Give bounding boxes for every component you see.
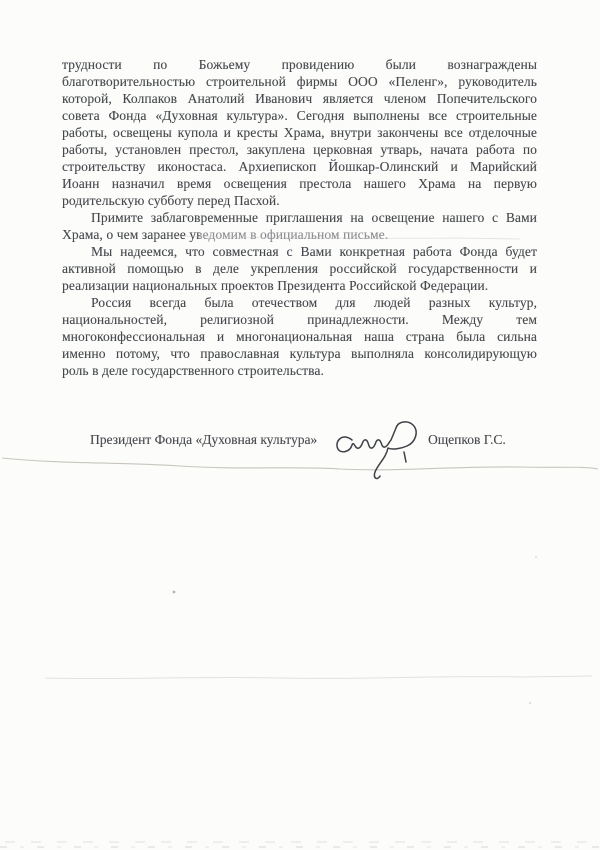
signatory-name: Ощепков Г.С. [428, 431, 506, 449]
text-line: Иоанн назначил время освещения престола … [62, 175, 537, 192]
letter-body: трудности по Божьему провидению были воз… [62, 56, 537, 379]
text-line: которой, Колпаков Анатолий Иванович явля… [62, 90, 537, 107]
text-line: трудности по Божьему провидению были воз… [62, 56, 537, 73]
text-line: многоконфессиональная и многонациональна… [62, 328, 537, 345]
text-line: родительскую субботу перед Пасхой. [62, 192, 537, 209]
text-line: национальностей, религиозной принадлежно… [62, 311, 537, 328]
text-line: именно потому, что православная культура… [62, 345, 537, 362]
text-line: Россия всегда была отечеством для людей … [62, 294, 537, 311]
text-line: работы, установлен престол, закуплена це… [62, 141, 537, 158]
text-line: Храма, о чем заранее уведомим в официаль… [62, 226, 537, 243]
scanned-letter-page: трудности по Божьему провидению были воз… [0, 0, 600, 850]
text-line: работы, освещены купола и кресты Храма, … [62, 124, 537, 141]
paper-crease-line-lower [45, 676, 592, 679]
text-line: активной помощью в деле укрепления росси… [62, 260, 537, 277]
scanner-noise-band [0, 837, 600, 850]
text-line: благотворительностью строительной фирмы … [62, 73, 537, 90]
scan-speck [529, 702, 531, 704]
text-line: совета Фонда «Духовная культура». Сегодн… [62, 107, 537, 124]
text-line: Мы надеемся, что совместная с Вами конкр… [62, 243, 537, 260]
text-line: роль в деле государственного строительст… [62, 362, 537, 379]
text-line: строительству иконостаса. Архиепископ Йо… [62, 158, 537, 175]
paper-crease-line-main [2, 458, 598, 470]
text-line: реализации национальных проектов Президе… [62, 277, 537, 294]
signature-title: Президент Фонда «Духовная культура» [90, 432, 317, 447]
signature-row: Президент Фонда «Духовная культура» Ощеп… [62, 431, 537, 451]
scan-speck [173, 591, 176, 594]
scan-speck [535, 556, 537, 558]
text-line: Примите заблаговременные приглашения на … [62, 209, 537, 226]
